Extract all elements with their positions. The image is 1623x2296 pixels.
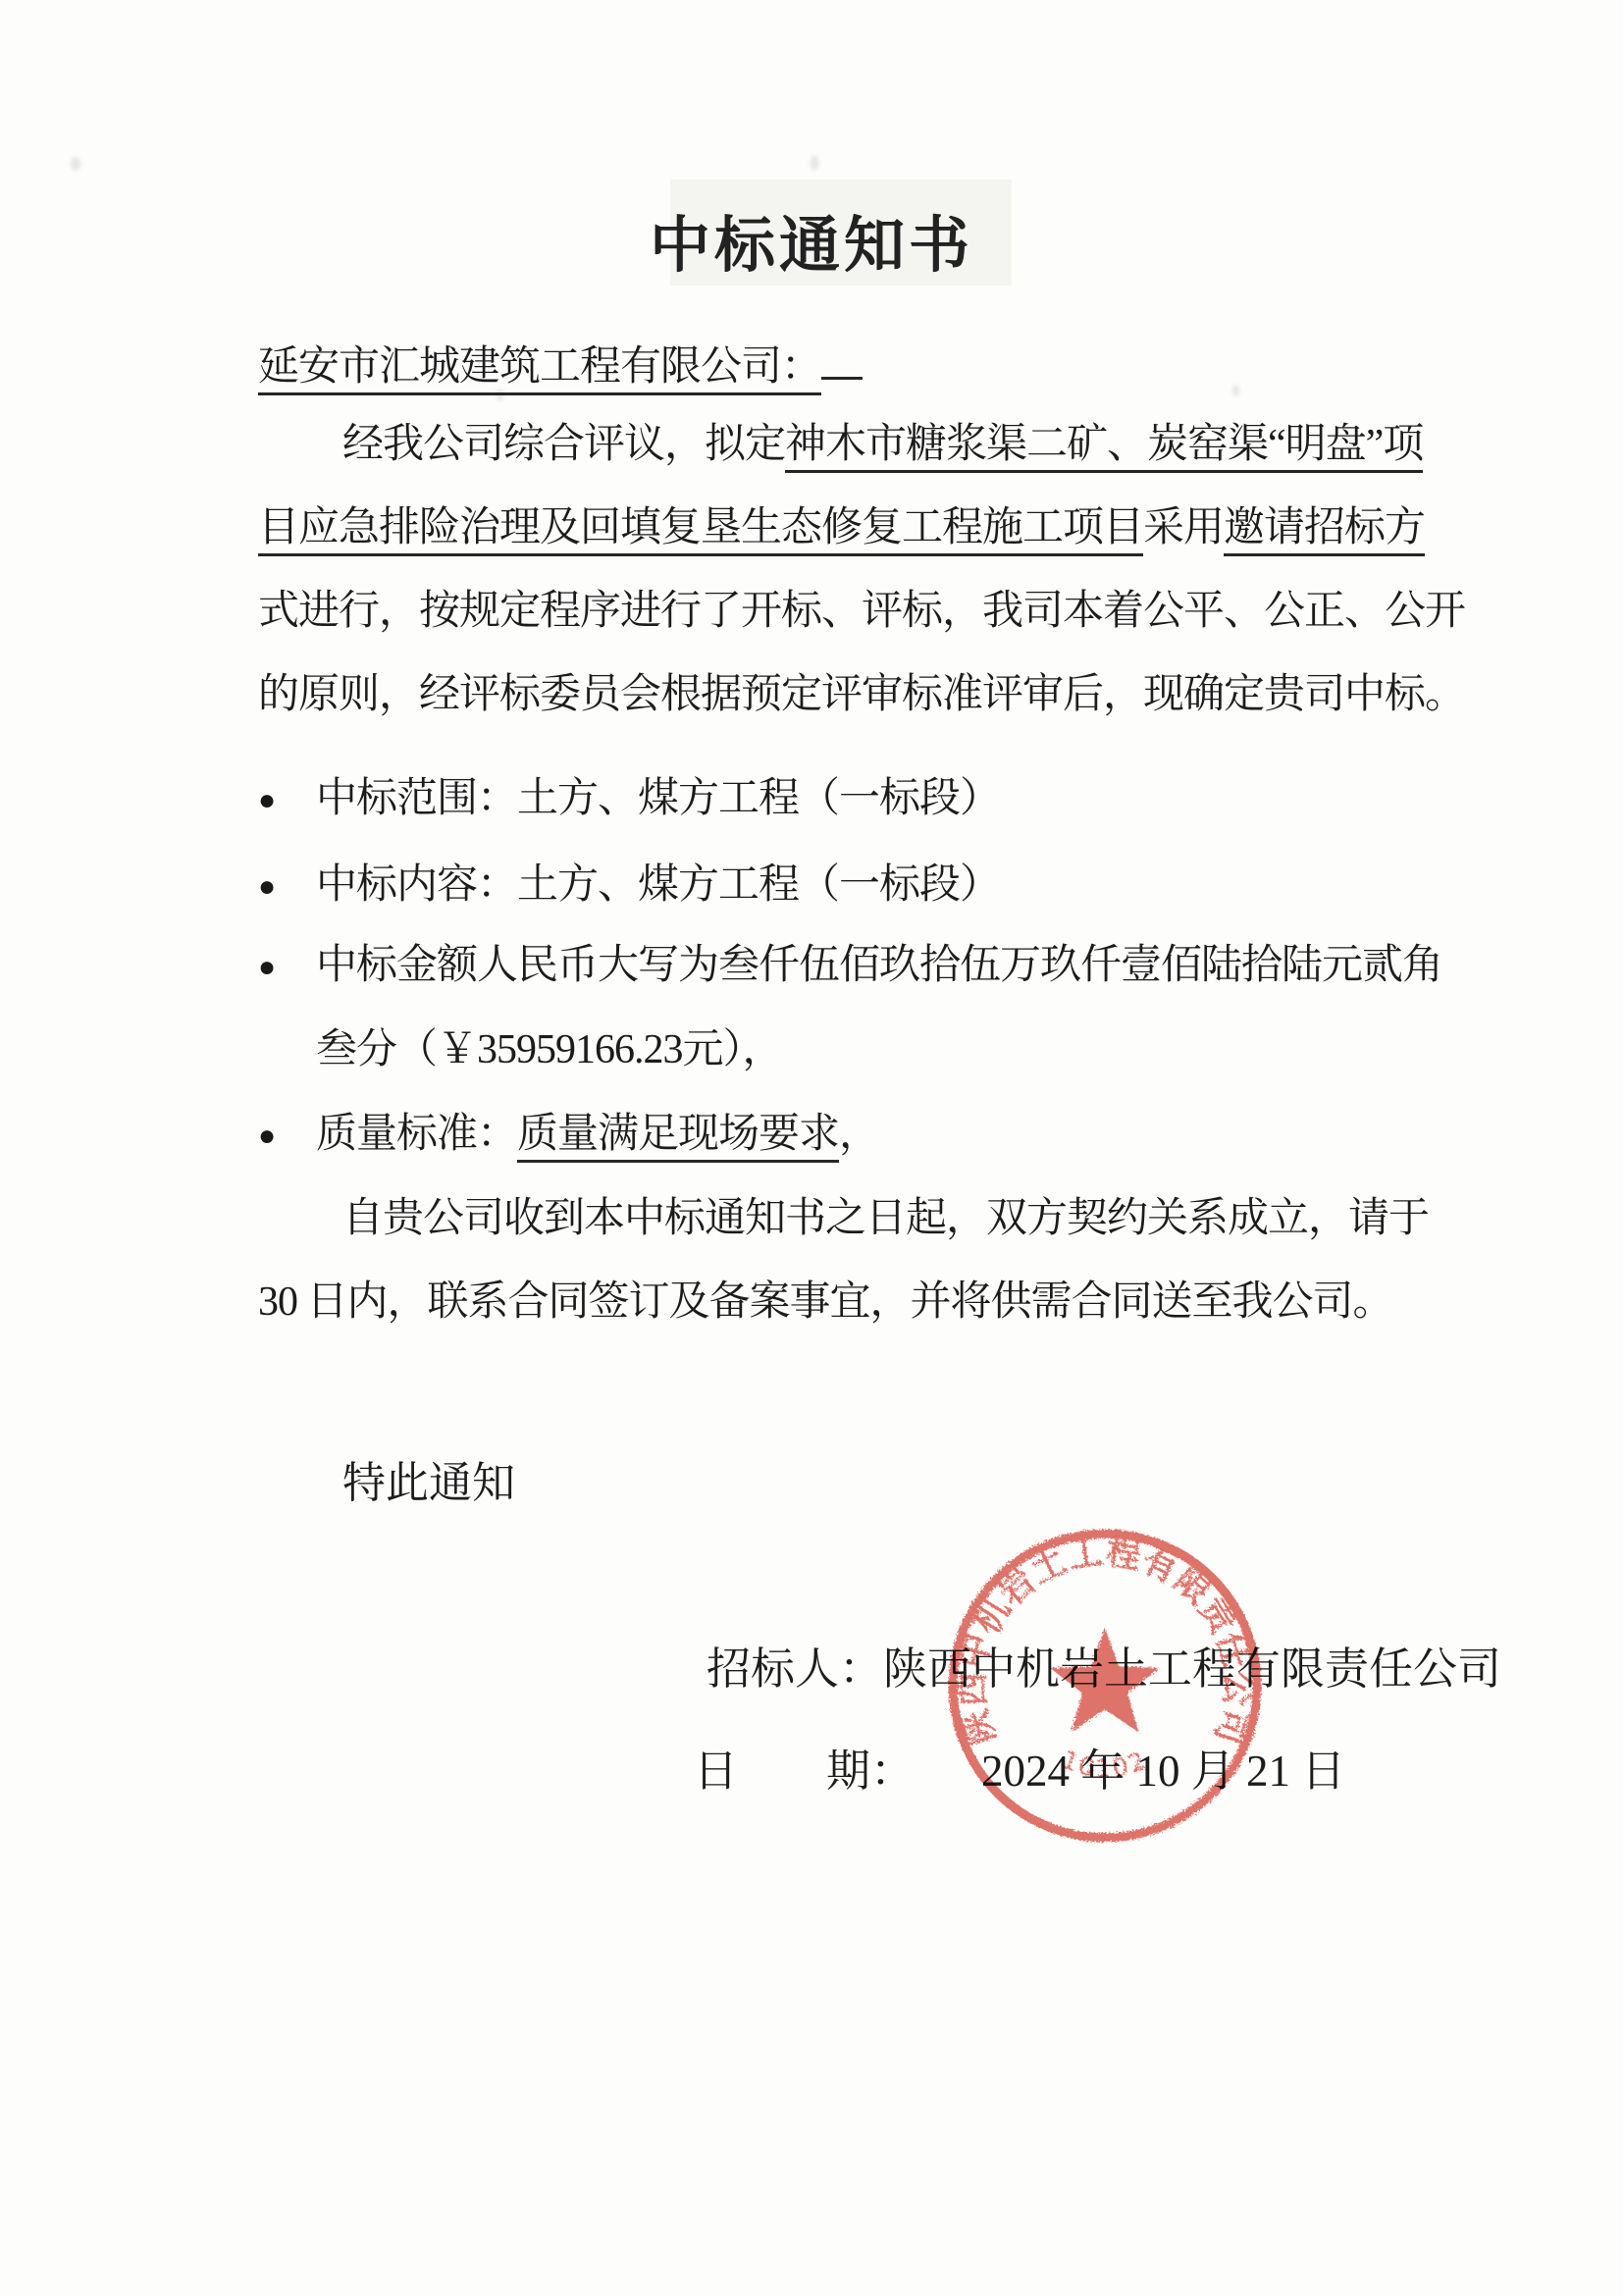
seal-star-icon	[1050, 1628, 1160, 1732]
bullet-scope: ●中标范围：土方、煤方工程（一标段）	[258, 771, 1426, 828]
official-seal: 陕西中机岩土工程有限责任公司 6101020	[941, 1522, 1269, 1850]
recipient-underline-tail	[821, 332, 863, 380]
bullet-icon: ●	[258, 940, 316, 995]
bullet-scope-text: 中标范围：土方、煤方工程（一标段）	[316, 776, 1000, 821]
date-label: 日 期：	[694, 1747, 915, 1796]
scan-smudge	[71, 157, 80, 171]
para1-line4: 的原则，经评标委员会根据预定评审标准评审后，现确定贵司中标。	[258, 667, 1411, 722]
bullet-quality-label: 质量标准：	[316, 1112, 517, 1157]
bullet-content-text: 中标内容：土方、煤方工程（一标段）	[316, 862, 1000, 908]
bullet-quality: ●质量标准：质量满足现场要求，	[258, 1107, 1426, 1164]
para1-line3: 式进行，按规定程序进行了开标、评标，我司本着公平、公正、公开	[258, 584, 1411, 639]
closing-phrase: 特此通知	[342, 1447, 515, 1510]
tender-method: 邀请招标方	[1224, 505, 1425, 556]
bullet-amount: ●中标金额人民币大写为叁仟伍佰玖拾伍万玖仟壹佰陆拾陆元贰角	[258, 938, 1426, 995]
para1-line2-plain: 采用	[1143, 505, 1224, 550]
document-title: 中标通知书	[0, 196, 1623, 284]
project-name-part1: 神木市糖浆渠二矿、炭窑渠“明盘”项	[785, 422, 1423, 473]
para1-line1-plain: 经我公司综合评议，拟定	[342, 422, 785, 467]
bullet-icon: ●	[258, 773, 316, 828]
bullet-icon: ●	[258, 860, 316, 914]
bullet-amount-text-line1: 中标金额人民币大写为叁仟伍佰玖拾伍万玖仟壹佰陆拾陆元贰角	[316, 943, 1442, 988]
quality-standard: 质量满足现场要求	[517, 1112, 839, 1163]
para1-line1: 经我公司综合评议，拟定神木市糖浆渠二矿、炭窑渠“明盘”项	[258, 417, 1495, 472]
scan-smudge	[811, 155, 818, 171]
para2-line2: 30 日内，联系合同签订及备案事宜，并将供需合同送至我公司。	[258, 1275, 1411, 1330]
scanned-document-page: 中标通知书 延安市汇城建筑工程有限公司： 经我公司综合评议，拟定神木市糖浆渠二矿…	[0, 0, 1623, 2296]
bullet-quality-tail: ，	[839, 1112, 879, 1157]
bullet-icon: ●	[258, 1109, 316, 1164]
recipient-line: 延安市汇城建筑工程有限公司：	[258, 332, 1411, 394]
para2-line1: 自贵公司收到本中标通知书之日起，双方契约关系成立，请于	[258, 1191, 1495, 1246]
bullet-amount-text-line2: 叁分（￥35959166.23元），	[316, 1022, 1425, 1077]
para1-line2: 目应急排险治理及回填复垦生态修复工程施工项目采用邀请招标方	[258, 500, 1411, 555]
recipient-name: 延安市汇城建筑工程有限公司：	[258, 344, 821, 395]
project-name-part2: 目应急排险治理及回填复垦生态修复工程施工项目	[258, 505, 1143, 556]
bullet-content: ●中标内容：土方、煤方工程（一标段）	[258, 858, 1426, 914]
bidder-label: 招标人：	[707, 1644, 883, 1694]
